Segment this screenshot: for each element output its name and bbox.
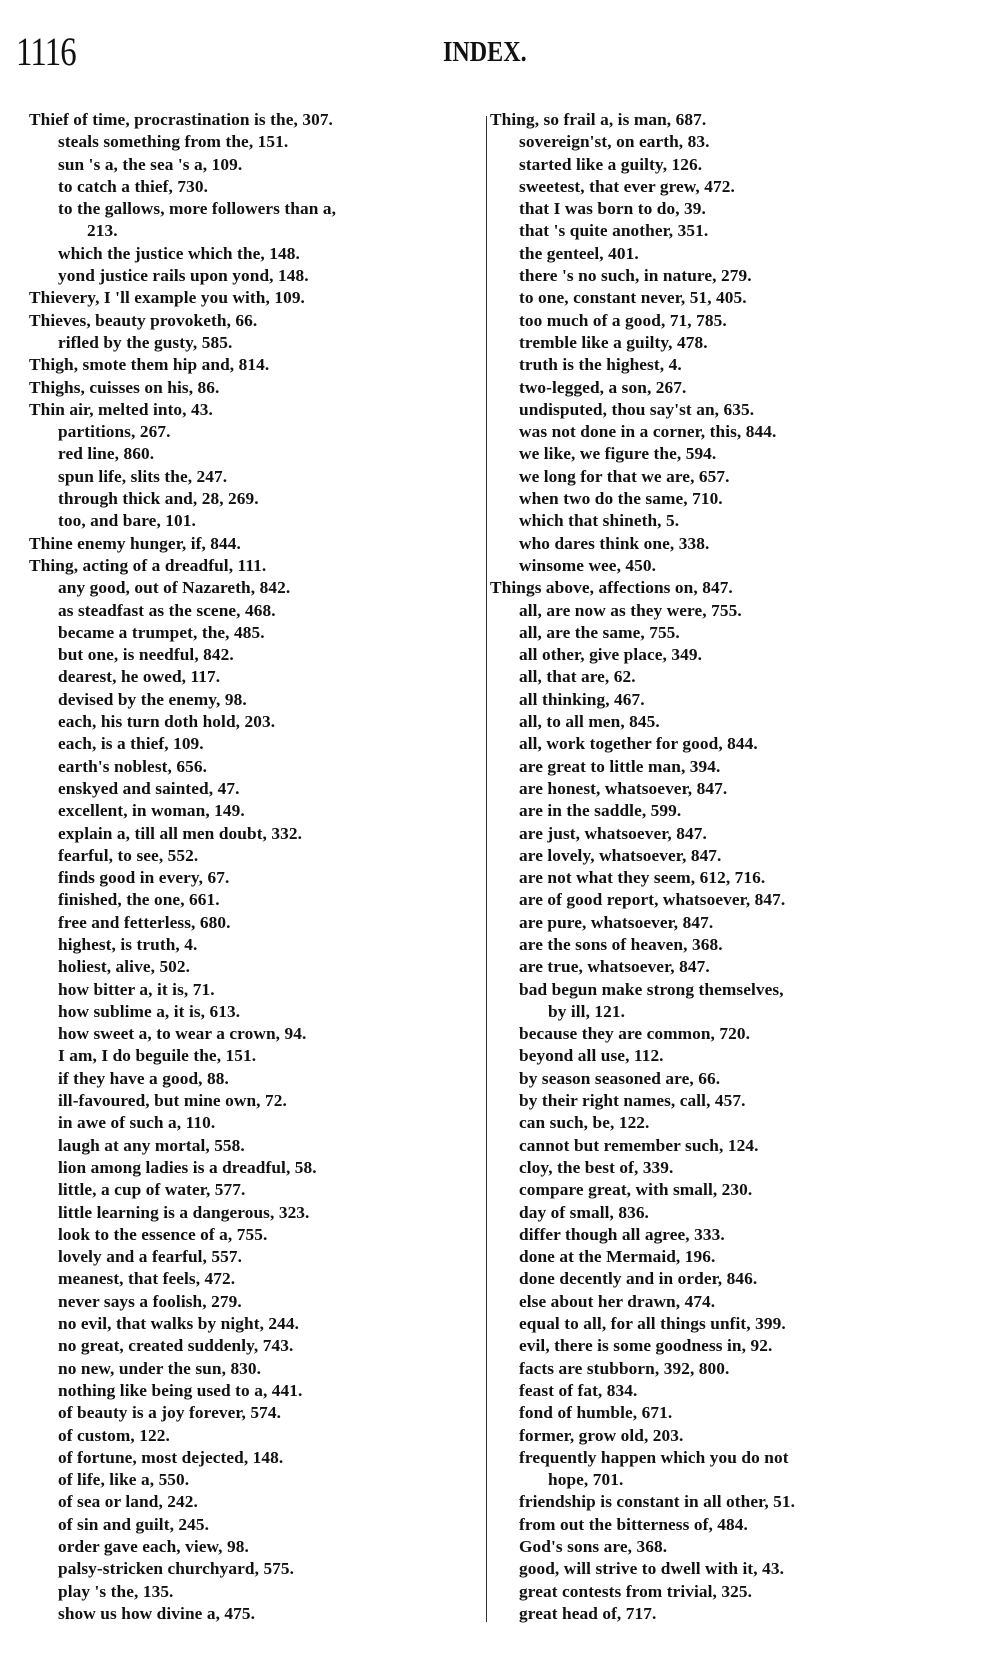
index-subentry: finds good in every, 67. xyxy=(29,867,474,889)
index-subentry: two-legged, a son, 267. xyxy=(490,377,960,399)
index-subentry: good, will strive to dwell with it, 43. xyxy=(490,1558,960,1580)
index-subentry: to catch a thief, 730. xyxy=(29,176,474,198)
column-divider xyxy=(486,116,487,1622)
index-subentry: all thinking, 467. xyxy=(490,689,960,711)
index-column-left: Thief of time, procrastination is the, 3… xyxy=(29,109,474,1625)
index-subentry: started like a guilty, 126. xyxy=(490,154,960,176)
index-subentry: rifled by the gusty, 585. xyxy=(29,332,474,354)
index-heading-entry: Thine enemy hunger, if, 844. xyxy=(29,533,474,555)
index-heading-entry: Things above, affections on, 847. xyxy=(490,577,960,599)
index-subentry: order gave each, view, 98. xyxy=(29,1536,474,1558)
index-subentry: frequently happen which you do not xyxy=(490,1447,960,1469)
index-subentry: play 's the, 135. xyxy=(29,1581,474,1603)
index-subentry: how sweet a, to wear a crown, 94. xyxy=(29,1023,474,1045)
index-subentry: God's sons are, 368. xyxy=(490,1536,960,1558)
index-subentry: we like, we figure the, 594. xyxy=(490,443,960,465)
index-heading-entry: Thighs, cuisses on his, 86. xyxy=(29,377,474,399)
index-subentry: done decently and in order, 846. xyxy=(490,1268,960,1290)
index-subentry: when two do the same, 710. xyxy=(490,488,960,510)
page-number: 1116 xyxy=(16,28,76,75)
index-subentry: partitions, 267. xyxy=(29,421,474,443)
index-subentry: meanest, that feels, 472. xyxy=(29,1268,474,1290)
index-subentry: undisputed, thou say'st an, 635. xyxy=(490,399,960,421)
index-subentry: fearful, to see, 552. xyxy=(29,845,474,867)
index-subentry: lovely and a fearful, 557. xyxy=(29,1246,474,1268)
index-heading-entry: Thing, so frail a, is man, 687. xyxy=(490,109,960,131)
index-subentry: equal to all, for all things unfit, 399. xyxy=(490,1313,960,1335)
index-subentry: through thick and, 28, 269. xyxy=(29,488,474,510)
index-subentry: earth's noblest, 656. xyxy=(29,756,474,778)
index-subentry: all, work together for good, 844. xyxy=(490,733,960,755)
index-subentry: friendship is constant in all other, 51. xyxy=(490,1491,960,1513)
index-subentry: day of small, 836. xyxy=(490,1202,960,1224)
index-heading-entry: Thievery, I 'll example you with, 109. xyxy=(29,287,474,309)
index-subentry: no new, under the sun, 830. xyxy=(29,1358,474,1380)
index-subentry: but one, is needful, 842. xyxy=(29,644,474,666)
index-subentry: are the sons of heaven, 368. xyxy=(490,934,960,956)
index-subentry: in awe of such a, 110. xyxy=(29,1112,474,1134)
index-subentry: fond of humble, 671. xyxy=(490,1402,960,1424)
index-subentry: of beauty is a joy forever, 574. xyxy=(29,1402,474,1424)
index-subentry: are true, whatsoever, 847. xyxy=(490,956,960,978)
index-subentry: all, that are, 62. xyxy=(490,666,960,688)
index-subentry: never says a foolish, 279. xyxy=(29,1291,474,1313)
index-subentry: feast of fat, 834. xyxy=(490,1380,960,1402)
index-subentry: all other, give place, 349. xyxy=(490,644,960,666)
index-subentry: are great to little man, 394. xyxy=(490,756,960,778)
index-subentry: nothing like being used to a, 441. xyxy=(29,1380,474,1402)
index-subentry: from out the bitterness of, 484. xyxy=(490,1514,960,1536)
index-heading-entry: Thief of time, procrastination is the, 3… xyxy=(29,109,474,131)
index-subentry: spun life, slits the, 247. xyxy=(29,466,474,488)
index-subentry: of custom, 122. xyxy=(29,1425,474,1447)
index-subentry: truth is the highest, 4. xyxy=(490,354,960,376)
index-subentry: the genteel, 401. xyxy=(490,243,960,265)
index-subentry: sweetest, that ever grew, 472. xyxy=(490,176,960,198)
index-subentry: to the gallows, more followers than a, xyxy=(29,198,474,220)
index-subentry: are in the saddle, 599. xyxy=(490,800,960,822)
index-subentry: done at the Mermaid, 196. xyxy=(490,1246,960,1268)
index-subentry: of sin and guilt, 245. xyxy=(29,1514,474,1536)
index-subentry: are lovely, whatsoever, 847. xyxy=(490,845,960,867)
index-subentry: else about her drawn, 474. xyxy=(490,1291,960,1313)
index-subentry: show us how divine a, 475. xyxy=(29,1603,474,1625)
index-subentry: we long for that we are, 657. xyxy=(490,466,960,488)
index-subentry: free and fetterless, 680. xyxy=(29,912,474,934)
index-subentry: how sublime a, it is, 613. xyxy=(29,1001,474,1023)
index-subentry: winsome wee, 450. xyxy=(490,555,960,577)
index-subentry: little, a cup of water, 577. xyxy=(29,1179,474,1201)
index-subentry: finished, the one, 661. xyxy=(29,889,474,911)
index-subentry: too much of a good, 71, 785. xyxy=(490,310,960,332)
index-heading-entry: Thing, acting of a dreadful, 111. xyxy=(29,555,474,577)
index-subentry: of sea or land, 242. xyxy=(29,1491,474,1513)
index-subentry: are not what they seem, 612, 716. xyxy=(490,867,960,889)
index-subentry: as steadfast as the scene, 468. xyxy=(29,600,474,622)
index-subentry: that I was born to do, 39. xyxy=(490,198,960,220)
index-subentry: cannot but remember such, 124. xyxy=(490,1135,960,1157)
index-subentry: facts are stubborn, 392, 800. xyxy=(490,1358,960,1380)
index-subentry: great contests from trivial, 325. xyxy=(490,1581,960,1603)
index-subentry: all, are now as they were, 755. xyxy=(490,600,960,622)
index-subentry: can such, be, 122. xyxy=(490,1112,960,1134)
index-subentry: to one, constant never, 51, 405. xyxy=(490,287,960,309)
index-subentry: explain a, till all men doubt, 332. xyxy=(29,823,474,845)
index-subentry: became a trumpet, the, 485. xyxy=(29,622,474,644)
index-subentry: beyond all use, 112. xyxy=(490,1045,960,1067)
index-subentry: each, is a thief, 109. xyxy=(29,733,474,755)
index-subentry: are of good report, whatsoever, 847. xyxy=(490,889,960,911)
index-column-right: Thing, so frail a, is man, 687.sovereign… xyxy=(490,109,960,1625)
index-subentry: of fortune, most dejected, 148. xyxy=(29,1447,474,1469)
index-subentry: are just, whatsoever, 847. xyxy=(490,823,960,845)
index-subentry: any good, out of Nazareth, 842. xyxy=(29,577,474,599)
index-subentry: each, his turn doth hold, 203. xyxy=(29,711,474,733)
index-subentry: palsy-stricken churchyard, 575. xyxy=(29,1558,474,1580)
index-subentry: excellent, in woman, 149. xyxy=(29,800,474,822)
index-subentry: great head of, 717. xyxy=(490,1603,960,1625)
index-subentry: how bitter a, it is, 71. xyxy=(29,979,474,1001)
index-subentry: highest, is truth, 4. xyxy=(29,934,474,956)
index-subentry: I am, I do beguile the, 151. xyxy=(29,1045,474,1067)
index-subentry: former, grow old, 203. xyxy=(490,1425,960,1447)
index-entry-continuation: by ill, 121. xyxy=(490,1001,960,1023)
index-subentry: if they have a good, 88. xyxy=(29,1068,474,1090)
index-subentry: laugh at any mortal, 558. xyxy=(29,1135,474,1157)
index-subentry: no evil, that walks by night, 244. xyxy=(29,1313,474,1335)
index-subentry: bad begun make strong themselves, xyxy=(490,979,960,1001)
index-subentry: are honest, whatsoever, 847. xyxy=(490,778,960,800)
index-subentry: tremble like a guilty, 478. xyxy=(490,332,960,354)
index-subentry: ill-favoured, but mine own, 72. xyxy=(29,1090,474,1112)
index-subentry: little learning is a dangerous, 323. xyxy=(29,1202,474,1224)
index-subentry: differ though all agree, 333. xyxy=(490,1224,960,1246)
index-subentry: yond justice rails upon yond, 148. xyxy=(29,265,474,287)
index-subentry: of life, like a, 550. xyxy=(29,1469,474,1491)
index-subentry: cloy, the best of, 339. xyxy=(490,1157,960,1179)
index-subentry: which that shineth, 5. xyxy=(490,510,960,532)
index-subentry: sun 's a, the sea 's a, 109. xyxy=(29,154,474,176)
index-subentry: by their right names, call, 457. xyxy=(490,1090,960,1112)
index-heading-entry: Thigh, smote them hip and, 814. xyxy=(29,354,474,376)
index-subentry: evil, there is some goodness in, 92. xyxy=(490,1335,960,1357)
index-entry-continuation: hope, 701. xyxy=(490,1469,960,1491)
index-subentry: was not done in a corner, this, 844. xyxy=(490,421,960,443)
index-subentry: all, to all men, 845. xyxy=(490,711,960,733)
index-subentry: too, and bare, 101. xyxy=(29,510,474,532)
index-subentry: all, are the same, 755. xyxy=(490,622,960,644)
index-subentry: look to the essence of a, 755. xyxy=(29,1224,474,1246)
index-subentry: who dares think one, 338. xyxy=(490,533,960,555)
page-header: 1116 INDEX. xyxy=(0,28,1000,78)
index-subentry: which the justice which the, 148. xyxy=(29,243,474,265)
index-subentry: devised by the enemy, 98. xyxy=(29,689,474,711)
index-subentry: that 's quite another, 351. xyxy=(490,220,960,242)
index-subentry: because they are common, 720. xyxy=(490,1023,960,1045)
index-subentry: by season seasoned are, 66. xyxy=(490,1068,960,1090)
index-subentry: enskyed and sainted, 47. xyxy=(29,778,474,800)
running-head: INDEX. xyxy=(443,37,527,69)
index-subentry: red line, 860. xyxy=(29,443,474,465)
index-subentry: holiest, alive, 502. xyxy=(29,956,474,978)
index-subentry: no great, created suddenly, 743. xyxy=(29,1335,474,1357)
index-heading-entry: Thieves, beauty provoketh, 66. xyxy=(29,310,474,332)
index-subentry: lion among ladies is a dreadful, 58. xyxy=(29,1157,474,1179)
index-subentry: compare great, with small, 230. xyxy=(490,1179,960,1201)
index-entry-continuation: 213. xyxy=(29,220,474,242)
index-heading-entry: Thin air, melted into, 43. xyxy=(29,399,474,421)
index-subentry: sovereign'st, on earth, 83. xyxy=(490,131,960,153)
index-subentry: dearest, he owed, 117. xyxy=(29,666,474,688)
index-subentry: are pure, whatsoever, 847. xyxy=(490,912,960,934)
index-subentry: steals something from the, 151. xyxy=(29,131,474,153)
index-subentry: there 's no such, in nature, 279. xyxy=(490,265,960,287)
